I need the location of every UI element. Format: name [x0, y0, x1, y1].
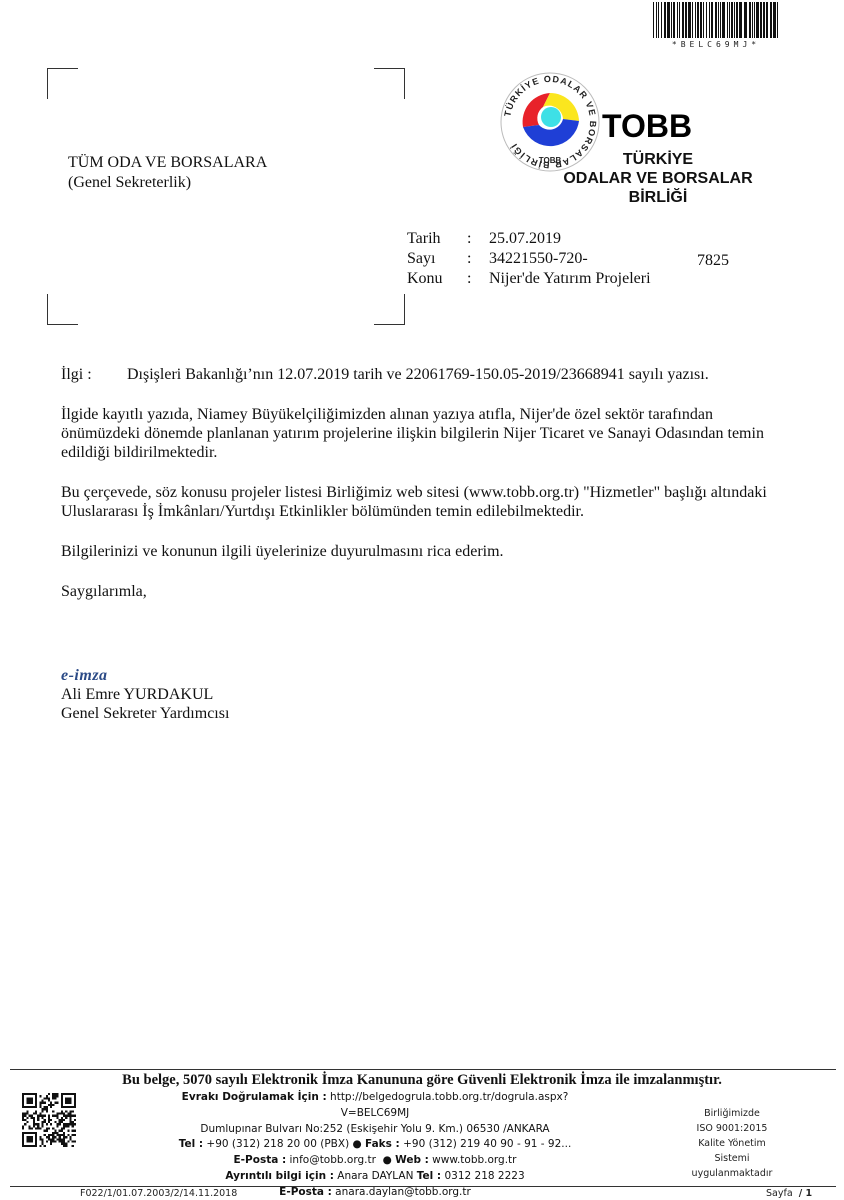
meta-row-konu: Konu : Nijer'de Yatırım Projeleri — [407, 269, 651, 289]
tarih-label: Tarih — [407, 229, 467, 249]
contact-email-label: E-Posta : — [279, 1186, 332, 1198]
letter-body: İlgi : Dışişleri Bakanlığı’nın 12.07.201… — [61, 365, 791, 601]
iso-line: Birliğimizde — [672, 1106, 792, 1121]
page-label: Sayfa — [766, 1188, 793, 1199]
phone-fax-line: Tel : +90 (312) 218 20 00 (PBX) ● Faks :… — [150, 1137, 600, 1153]
fax-label: Faks : — [365, 1138, 400, 1150]
konu-separator: : — [467, 269, 489, 289]
footer-contact: Evrakı Doğrulamak İçin : http://belgedog… — [150, 1090, 600, 1200]
contact-tel-value: 0312 218 2223 — [444, 1170, 524, 1182]
iso-line: ISO 9001:2015 — [672, 1121, 792, 1136]
bullet-icon: ● — [383, 1154, 392, 1166]
address-line: Dumlupınar Bulvarı No:252 (Eskişehir Yol… — [150, 1122, 600, 1138]
konu-value: Nijer'de Yatırım Projeleri — [489, 269, 651, 289]
tel-label: Tel : — [179, 1138, 203, 1150]
tarih-value: 25.07.2019 — [489, 229, 561, 249]
paragraph-1: İlgide kayıtlı yazıda, Niamey Büyükelçil… — [61, 405, 791, 462]
addressee: TÜM ODA VE BORSALARA (Genel Sekreterlik) — [68, 153, 267, 193]
contact-label: Ayrıntılı bilgi için : — [225, 1170, 334, 1182]
logo-subtitle-line2: ODALAR VE BORSALAR — [548, 169, 768, 188]
form-code: F022/1/01.07.2003/2/14.11.2018 — [80, 1187, 237, 1200]
footer-divider-top — [10, 1069, 836, 1070]
bullet-icon: ● — [353, 1138, 362, 1150]
e-signature-legal-note: Bu belge, 5070 sayılı Elektronik İmza Ka… — [0, 1072, 844, 1089]
signer-name: Ali Emre YURDAKUL — [61, 685, 229, 704]
signer-title: Genel Sekreter Yardımcısı — [61, 704, 229, 723]
email-label: E-Posta : — [234, 1154, 287, 1166]
iso-line: uygulanmaktadır — [672, 1166, 792, 1181]
sayi-separator: : — [467, 249, 489, 269]
sayi-value: 34221550-720- — [489, 249, 588, 269]
contact-email-value[interactable]: anara.daylan@tobb.org.tr — [335, 1186, 471, 1198]
verify-url[interactable]: http://belgedogrula.tobb.org.tr/dogrula.… — [330, 1091, 568, 1119]
logo-subtitle: TÜRKİYE ODALAR VE BORSALAR BİRLİĞİ — [548, 150, 768, 207]
signature-block: e-imza Ali Emre YURDAKUL Genel Sekreter … — [61, 666, 229, 723]
address-window-corner-top-right — [374, 68, 405, 99]
sayi-label: Sayı — [407, 249, 467, 269]
barcode — [653, 2, 778, 38]
closing: Saygılarımla, — [61, 582, 791, 601]
sayi-suffix: 7825 — [697, 251, 729, 271]
tarih-separator: : — [467, 229, 489, 249]
qr-code — [22, 1093, 76, 1147]
verify-label: Evrakı Doğrulamak İçin : — [182, 1091, 327, 1103]
email-web-line: E-Posta : info@tobb.org.tr ● Web : www.t… — [150, 1153, 600, 1169]
contact-tel-label: Tel : — [417, 1170, 441, 1182]
konu-label: Konu — [407, 269, 467, 289]
verify-line: Evrakı Doğrulamak İçin : http://belgedog… — [150, 1090, 600, 1122]
contact-person-line: Ayrıntılı bilgi için : Anara DAYLAN Tel … — [150, 1169, 600, 1185]
ilgi-reference: İlgi : Dışişleri Bakanlığı’nın 12.07.201… — [61, 365, 791, 384]
logo-subtitle-line1: TÜRKİYE — [548, 150, 768, 169]
contact-name: Anara DAYLAN — [337, 1170, 413, 1182]
addressee-line1: TÜM ODA VE BORSALARA — [68, 153, 267, 173]
web-label: Web : — [395, 1154, 429, 1166]
page-number: Sayfa / 1 — [766, 1187, 812, 1200]
iso-certification-note: Birliğimizde ISO 9001:2015 Kalite Yöneti… — [672, 1106, 792, 1181]
addressee-line2: (Genel Sekreterlik) — [68, 173, 267, 193]
e-imza-mark: e-imza — [61, 666, 229, 685]
web-value[interactable]: www.tobb.org.tr — [432, 1154, 516, 1166]
meta-row-tarih: Tarih : 25.07.2019 — [407, 229, 651, 249]
ilgi-label: İlgi : — [61, 365, 127, 384]
logo-subtitle-line3: BİRLİĞİ — [548, 188, 768, 207]
iso-line: Sistemi — [672, 1151, 792, 1166]
ilgi-text: Dışişleri Bakanlığı’nın 12.07.2019 tarih… — [127, 365, 709, 384]
iso-line: Kalite Yönetim — [672, 1136, 792, 1151]
address-window-corner-bottom-left — [47, 294, 78, 325]
meta-row-sayi: Sayı : 34221550-720- — [407, 249, 651, 269]
logo-title: TOBB — [602, 108, 692, 144]
email-value[interactable]: info@tobb.org.tr — [290, 1154, 376, 1166]
paragraph-3: Bilgilerinizi ve konunun ilgili üyelerin… — [61, 542, 791, 561]
address-window-corner-top-left — [47, 68, 78, 99]
tel-value: +90 (312) 218 20 00 (PBX) — [206, 1138, 349, 1150]
document-meta: Tarih : 25.07.2019 Sayı : 34221550-720- … — [407, 229, 651, 289]
page-value: / 1 — [799, 1188, 812, 1199]
paragraph-2: Bu çerçevede, söz konusu projeler listes… — [61, 483, 791, 521]
address-window-corner-bottom-right — [374, 294, 405, 325]
fax-value: +90 (312) 219 40 90 - 91 - 92... — [403, 1138, 571, 1150]
barcode-text: *BELC69MJ* — [650, 40, 782, 49]
